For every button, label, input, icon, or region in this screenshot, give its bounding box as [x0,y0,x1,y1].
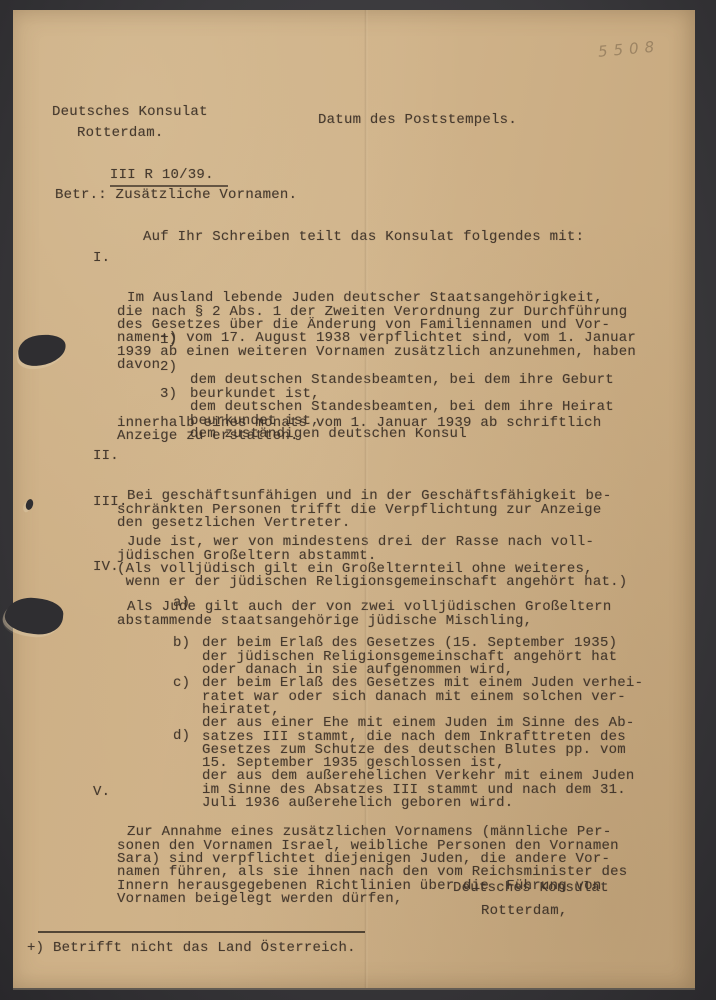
section-marker: III. [93,496,128,509]
subject-line: Betr.: Zusätzliche Vornamen. [55,189,297,202]
signature-office: Deutsches Konsulat [453,882,609,895]
footnote-rule [38,931,365,933]
torn-hole [16,332,68,368]
postmark-date-note: Datum des Poststempels. [318,114,517,127]
section-marker: V. [93,786,110,799]
text-line: Anzeige zu erstatten. [117,430,601,443]
scan-background: 5508 Deutsches Konsulat Rotterdam. Datum… [0,0,716,1000]
list-marker: c) [173,677,190,690]
sender-name: Deutsches Konsulat [52,106,208,119]
list-marker: 3) [160,388,177,401]
fold-crease [364,10,368,988]
list-marker: b) [173,637,190,650]
torn-hole [4,596,65,637]
footnote-text: +) Betrifft nicht das Land Österreich. [27,942,356,955]
file-reference-text: III R 10/39. [110,169,228,186]
section-1-closing: innerhalb eines monats vom 1. Januar 193… [117,417,601,444]
document-page: 5508 Deutsches Konsulat Rotterdam. Datum… [13,10,695,988]
section-marker: II. [93,450,119,463]
list-marker: 1) [160,334,177,347]
section-marker: I. [93,252,110,265]
torn-hole [25,498,35,510]
list-marker: a) [173,597,190,610]
list-marker: 2) [160,361,177,374]
handwritten-number: 5508 [597,37,661,60]
sender-city: Rotterdam. [77,127,164,140]
list-marker: d) [173,730,190,743]
signature-city: Rotterdam, [481,905,568,918]
section-marker: IV. [93,561,119,574]
